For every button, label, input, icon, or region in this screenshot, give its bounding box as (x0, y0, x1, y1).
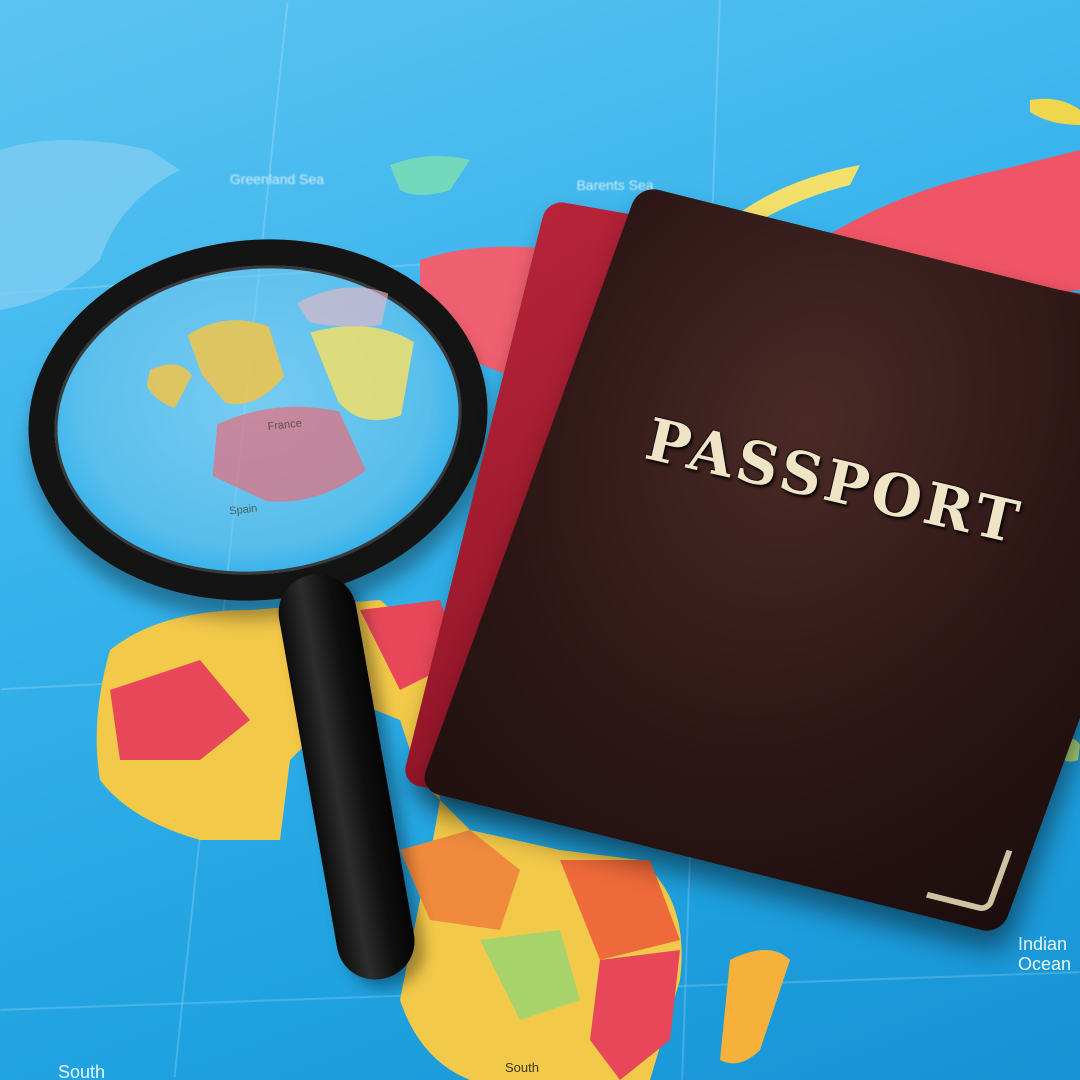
map-label-south-africa: South (492, 1060, 552, 1075)
photo-scene: Greenland Sea Barents Sea Indian Ocean S… (0, 0, 1080, 1080)
map-label-greenland-sea: Greenland Sea (222, 172, 332, 187)
map-label-south: South (58, 1062, 148, 1080)
passport-corner-guard (926, 835, 1013, 913)
map-label-indian-ocean: Indian Ocean (1018, 934, 1080, 974)
